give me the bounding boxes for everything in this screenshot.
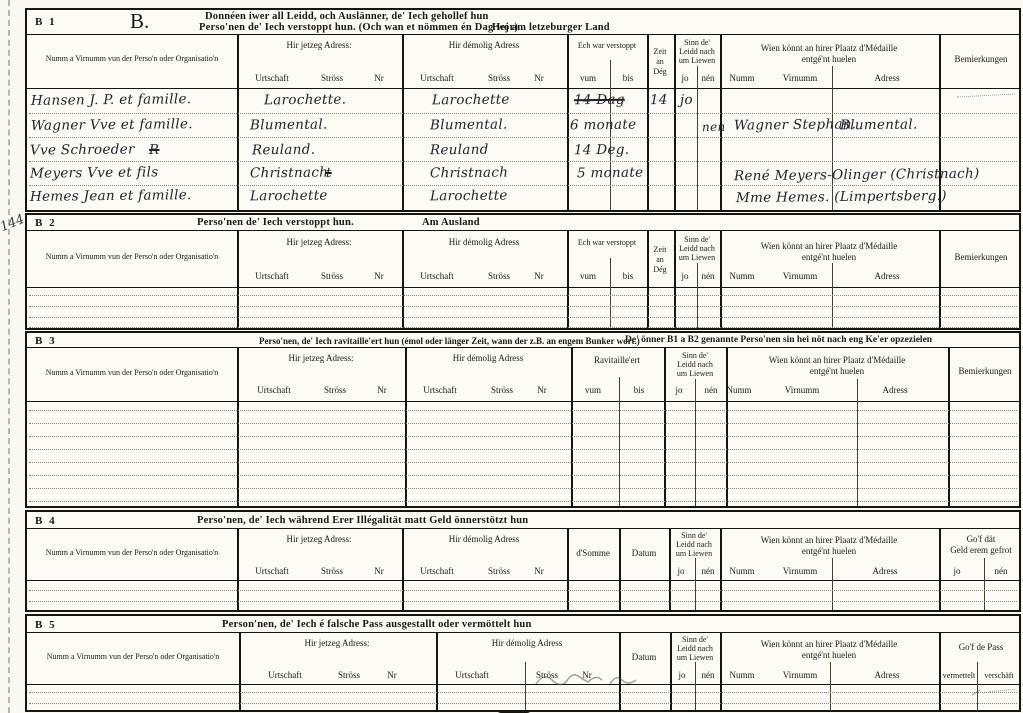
hdr-m-virnumm: Virnumm — [783, 73, 817, 83]
entry-name: Wagner Vve et famille. — [31, 114, 193, 136]
hdr-m-adress: Adress — [883, 385, 908, 395]
dotted-row-rule — [29, 295, 1017, 296]
column-rule — [948, 347, 950, 506]
hdr-medaille2: entgé'nt huelen — [810, 366, 864, 376]
dotted-row-rule — [29, 449, 1017, 450]
hdr-medaille2: entgé'nt huelen — [802, 546, 856, 556]
section-label: B 3 — [35, 335, 57, 347]
hdr-urtschaft: Urtschaft — [423, 385, 457, 395]
hdr-sinn: Leidd nach — [676, 540, 712, 549]
margin-number: 144 — [0, 212, 27, 235]
hdr-zeit: Dég — [653, 67, 666, 76]
hdr-sinn: Leidd nach — [679, 244, 715, 253]
dotted-row-rule — [29, 137, 1017, 138]
hdr-nen: nén — [995, 566, 1008, 576]
column-rule — [567, 34, 569, 210]
dotted-row-rule — [29, 601, 1017, 602]
section-b5: B 5 Person'nen, de' Iech é falsche Pass … — [25, 614, 1021, 712]
hdr-stross: Ströss — [491, 385, 513, 395]
dotted-row-rule — [29, 161, 1017, 162]
title-underline — [27, 230, 1019, 231]
hdr-medaille2: entgé'nt huelen — [802, 54, 856, 64]
hdr-numm: Numm a Virnumm vun der Perso'n oder Orga… — [47, 652, 220, 661]
section-title-2: De' önner B1 a B2 genannte Perso'nen sin… — [625, 335, 932, 345]
column-rule — [670, 632, 672, 710]
hdr-stross: Ströss — [488, 566, 510, 576]
hdr-demolig-adress: Hir démolig Adress — [449, 40, 520, 50]
sub-rule — [857, 379, 858, 506]
column-rule — [939, 632, 941, 710]
dotted-row-rule — [29, 475, 1017, 476]
hdr-numm: Numm a Virnumm vun der Perso'n oder Orga… — [46, 54, 219, 63]
hdr-somme: d'Somme — [576, 548, 610, 558]
hdr-urtschaft: Urtschaft — [255, 73, 289, 83]
section-b2: B 2 Perso'nen de' Iech verstoppt hun. Am… — [25, 213, 1021, 330]
dotted-row-rule — [29, 488, 1017, 489]
hdr-zeit: Zeit — [654, 245, 667, 254]
column-rule — [939, 230, 941, 328]
dotted-row-rule — [29, 462, 1017, 463]
hdr-demolig-adress: Hir démolig Adress — [492, 638, 563, 648]
column-rule — [647, 34, 649, 210]
section-title: Perso'nen, de' Iech ravitaille'ert hun (… — [259, 336, 640, 346]
hdr-medaille2: entgé'nt huelen — [802, 252, 856, 262]
hdr-jetzeg-adress: Hir jetzeg Adress: — [305, 638, 370, 648]
column-rule — [405, 347, 407, 506]
dotted-row-rule — [29, 703, 1017, 704]
entry-name: Meyers Vve et fils — [30, 162, 159, 183]
entry-medal-name: Mme Hemes. (Limpertsberg.) — [736, 186, 947, 208]
hdr-m-virnumm: Virnumm — [783, 566, 817, 576]
hdr-stross: Ströss — [321, 73, 343, 83]
hdr-sinn: Sinn de' — [681, 531, 707, 540]
hdr-bis: bis — [634, 385, 645, 395]
column-rule — [237, 34, 239, 210]
entry-former-address: Larochette — [432, 90, 510, 111]
hdr-nr: Nr — [377, 385, 387, 395]
column-rule — [720, 632, 722, 710]
title-underline — [27, 34, 1019, 35]
hdr-jo: jo — [953, 566, 960, 576]
hdr-urtschaft: Urtschaft — [255, 271, 289, 281]
entry-jo: jo — [680, 90, 693, 110]
hdr-nen: nén — [702, 73, 715, 83]
hdr-vum: vum — [580, 271, 596, 281]
entry-former-address: Larochette — [430, 186, 508, 207]
hdr-ravitailleert: Ravitaille'ert — [594, 355, 640, 365]
hdr-sinn: Leidd nach — [679, 47, 715, 56]
hdr-stross: Ströss — [321, 566, 343, 576]
hdr-medaille1: Wien könnt an hirer Plaatz d'Médaille — [761, 241, 897, 251]
hdr-m-numm: Numm — [726, 385, 751, 395]
section-letter: B. — [130, 9, 149, 34]
hdr-medaille1: Wien könnt an hirer Plaatz d'Médaille — [761, 43, 897, 53]
column-rule — [402, 34, 404, 210]
sub-rule — [984, 558, 985, 610]
hdr-m-virnumm: Virnumm — [783, 670, 817, 680]
hdr-sinn: Sinn de' — [684, 38, 710, 47]
column-rule — [674, 230, 676, 328]
column-rule — [674, 34, 676, 210]
header-underline — [27, 684, 1019, 685]
hdr-urtschaft: Urtschaft — [455, 670, 489, 680]
entry-medal-name: Wagner Stephan. — [734, 114, 857, 135]
hdr-urtschaft: Urtschaft — [255, 566, 289, 576]
section-title-line2: Perso'nen de' Iech verstoppt hun. (Och w… — [199, 22, 518, 33]
hdr-nr: Nr — [537, 385, 547, 395]
hdr-numm: Numm a Virnumm vun der Perso'n oder Orga… — [46, 548, 219, 557]
hdr-verschaft: verschäft — [984, 671, 1013, 680]
entry-now-address: Larochette — [250, 186, 328, 207]
hdr-medaille1: Wien könnt an hirer Plaatz d'Médaille — [761, 535, 897, 545]
hdr-m-numm: Numm — [729, 73, 754, 83]
dotted-row-rule — [29, 327, 1017, 328]
hdr-jetzeg-adress: Hir jetzeg Adress: — [289, 353, 354, 363]
section-b4: B 4 Perso'nen, de' Iech während Erer Ill… — [25, 510, 1021, 612]
hdr-nr: Nr — [374, 271, 384, 281]
dotted-row-rule — [29, 306, 1017, 307]
hdr-demolig-adress: Hir démolig Adress — [453, 353, 524, 363]
section-label: B 2 — [35, 217, 57, 229]
hdr-nr: Nr — [534, 73, 544, 83]
scan-edge-dashed-line — [8, 0, 10, 713]
hdr-zeit: Dég — [653, 265, 666, 274]
header-underline — [27, 287, 1019, 288]
hdr-sinn: um Liewen — [677, 369, 713, 378]
section-b3: B 3 Perso'nen, de' Iech ravitaille'ert h… — [25, 331, 1021, 508]
hdr-m-numm: Numm — [729, 271, 754, 281]
hdr-sinn: Sinn de' — [684, 235, 710, 244]
hdr-nen: nén — [702, 566, 715, 576]
sub-rule — [610, 60, 611, 210]
sub-rule — [695, 558, 696, 610]
entry-now-struck: t — [326, 163, 332, 183]
entry-now-address: Larochette. — [264, 90, 346, 111]
hdr-nr: Nr — [534, 271, 544, 281]
pencil-scribble — [957, 93, 1015, 97]
hdr-verstoppt: Ech war verstoppt — [578, 41, 636, 50]
section-subtitle: Am Ausland — [422, 217, 480, 228]
dotted-row-rule — [29, 423, 1017, 424]
section-b1: B 1 B. Donnéen iwer all Leidd, och Auslä… — [25, 8, 1021, 212]
column-rule — [567, 528, 569, 610]
hdr-urtschaft: Urtschaft — [268, 670, 302, 680]
scanned-form-page: 144 B 1 B. Donnéen iwer all Leidd, och A… — [0, 0, 1023, 713]
column-rule — [939, 528, 941, 610]
hdr-m-numm: Numm — [729, 670, 754, 680]
title-underline — [27, 528, 1019, 529]
hdr-m-virnumm: Virnumm — [783, 271, 817, 281]
entry-now-address: Christnach — [250, 163, 328, 184]
sub-rule — [832, 558, 833, 610]
title-underline — [27, 632, 1019, 633]
section-title: Person'nen, de' Iech é falsche Pass ausg… — [222, 619, 532, 630]
hdr-m-adress: Adress — [875, 670, 900, 680]
hdr-urtschaft: Urtschaft — [420, 566, 454, 576]
hdr-bemierkungen: Bemierkungen — [959, 366, 1012, 376]
hdr-sinn: um Liewen — [679, 56, 715, 65]
section-title-line3: Hej am letzeburger Land — [492, 22, 610, 33]
entry-former-address: Christnach — [430, 163, 508, 184]
hdr-jo: jo — [678, 670, 685, 680]
section-title: Perso'nen de' Iech verstoppt hun. — [197, 217, 354, 228]
column-rule — [567, 230, 569, 328]
hdr-sinn: Leidd nach — [677, 644, 713, 653]
hdr-jetzeg-adress: Hir jetzeg Adress: — [287, 237, 352, 247]
hdr-vum: vum — [585, 385, 601, 395]
hdr-urtschaft: Urtschaft — [257, 385, 291, 395]
hdr-jo: jo — [681, 73, 688, 83]
entry-days: 14 — [650, 90, 668, 110]
dotted-row-rule — [29, 410, 1017, 411]
hdr-zeit: Zeit — [654, 47, 667, 56]
section-label: B 4 — [35, 515, 57, 527]
column-rule — [436, 632, 438, 710]
dotted-row-rule — [29, 501, 1017, 502]
hdr-numm: Numm a Virnumm vun der Perso'n oder Orga… — [46, 252, 219, 261]
entry-period-struck: 14 Dag — [574, 90, 625, 111]
hdr-sinn: um Liewen — [679, 253, 715, 262]
hdr-datum: Datum — [632, 548, 657, 558]
sub-rule — [695, 379, 696, 506]
section-label: B 1 — [35, 16, 57, 28]
hdr-sinn: Sinn de' — [682, 351, 708, 360]
hdr-verstoppt: Ech war verstoppt — [578, 238, 636, 247]
hdr-urtschaft: Urtschaft — [420, 271, 454, 281]
hdr-jo: jo — [675, 385, 682, 395]
entry-now-address: Blumental. — [250, 115, 328, 136]
hdr-numm: Numm a Virnumm vun der Perso'n oder Orga… — [46, 368, 219, 377]
hdr-demolig-adress: Hir démolig Adress — [449, 534, 520, 544]
hdr-m-numm: Numm — [729, 566, 754, 576]
entry-medal-address: Blumental. — [840, 115, 918, 136]
hdr-jo: jo — [681, 271, 688, 281]
entry-former-address: Reuland — [430, 140, 489, 161]
dotted-row-rule — [29, 436, 1017, 437]
hdr-vermettelt: vermettelt — [943, 671, 975, 680]
hdr-nen: nén — [702, 670, 715, 680]
sub-rule — [697, 66, 698, 210]
hdr-zeit: an — [656, 57, 664, 66]
hdr-medaille2: entgé'nt huelen — [802, 650, 856, 660]
entry-medal-name: René Meyers-Olinger (Christnach) — [734, 164, 980, 187]
header-underline — [27, 580, 1019, 581]
column-rule — [726, 347, 728, 506]
column-rule — [720, 528, 722, 610]
hdr-nr: Nr — [374, 73, 384, 83]
hdr-sinn: um Liewen — [677, 653, 713, 662]
section-title-line1: Donnéen iwer all Leidd, och Auslänner, d… — [205, 11, 489, 22]
header-underline — [27, 401, 1019, 402]
dotted-row-rule — [29, 317, 1017, 318]
dotted-row-rule — [29, 590, 1017, 591]
hdr-nr: Nr — [534, 566, 544, 576]
hdr-sinn: Sinn de' — [682, 635, 708, 644]
column-rule — [237, 528, 239, 610]
column-rule — [239, 632, 241, 710]
entry-period: 6 monate — [570, 115, 637, 136]
entry-name-struck: R — [149, 140, 160, 160]
hdr-stross: Ströss — [321, 271, 343, 281]
hdr-datum: Datum — [632, 652, 657, 662]
hdr-m-adress: Adress — [875, 73, 900, 83]
hdr-m-adress: Adress — [873, 566, 898, 576]
hdr-bis: bis — [623, 73, 634, 83]
title-underline — [27, 347, 1019, 348]
column-rule — [402, 230, 404, 328]
column-rule — [647, 230, 649, 328]
entry-name: Hemes Jean et famille. — [30, 185, 192, 207]
hdr-medaille1: Wien könnt an hirer Plaatz d'Médaille — [761, 639, 897, 649]
hdr-nr: Nr — [374, 566, 384, 576]
hdr-demolig-adress: Hir démolig Adress — [449, 237, 520, 247]
entry-name: Hansen J. P. et famille. — [31, 89, 191, 111]
entry-period: 5 monate — [577, 163, 644, 184]
hdr-bemierkungen: Bemierkungen — [955, 54, 1008, 64]
hdr-stross: Ströss — [488, 271, 510, 281]
entry-now-address: Reuland. — [252, 140, 315, 161]
hdr-zeit: an — [656, 255, 664, 264]
entry-name: Vve Schroeder — [30, 139, 135, 160]
sub-rule — [619, 377, 620, 506]
hdr-nen: nén — [702, 271, 715, 281]
hdr-sinn: um Liewen — [676, 549, 712, 558]
column-rule — [237, 347, 239, 506]
entry-period: 14 Deg. — [574, 140, 630, 161]
hdr-gof-1: Go'f dät — [967, 534, 996, 544]
hdr-gof-pass: Go'f de Pass — [959, 642, 1004, 652]
column-rule — [237, 230, 239, 328]
column-rule — [571, 347, 573, 506]
hdr-medaille1: Wien könnt an hirer Plaatz d'Médaille — [769, 355, 905, 365]
column-rule — [669, 528, 671, 610]
hdr-jo: jo — [677, 566, 684, 576]
column-rule — [664, 347, 666, 506]
hdr-bemierkungen: Bemierkungen — [955, 252, 1008, 262]
dotted-row-rule — [29, 692, 1017, 693]
column-rule — [720, 230, 722, 328]
pencil-scribble — [532, 666, 657, 692]
hdr-jetzeg-adress: Hir jetzeg Adress: — [287, 534, 352, 544]
hdr-stross: Ströss — [488, 73, 510, 83]
entry-nen: nen — [702, 117, 726, 137]
hdr-jetzeg-adress: Hir jetzeg Adress: — [287, 40, 352, 50]
column-rule — [619, 528, 621, 610]
hdr-m-adress: Adress — [875, 271, 900, 281]
hdr-stross: Ströss — [324, 385, 346, 395]
hdr-urtschaft: Urtschaft — [420, 73, 454, 83]
hdr-sinn: Leidd nach — [677, 360, 713, 369]
hdr-nr: Nr — [387, 670, 397, 680]
hdr-gof-2: Geld erem gefrot — [950, 545, 1011, 555]
hdr-bis: bis — [623, 271, 634, 281]
section-title: Perso'nen, de' Iech während Erer Illégal… — [197, 515, 528, 526]
section-label: B 5 — [35, 619, 57, 631]
entry-former-address: Blumental. — [430, 115, 508, 136]
column-rule — [402, 528, 404, 610]
hdr-m-virnumm: Virnumm — [785, 385, 819, 395]
hdr-nen: nén — [705, 385, 718, 395]
hdr-vum: vum — [580, 73, 596, 83]
hdr-stross: Ströss — [338, 670, 360, 680]
